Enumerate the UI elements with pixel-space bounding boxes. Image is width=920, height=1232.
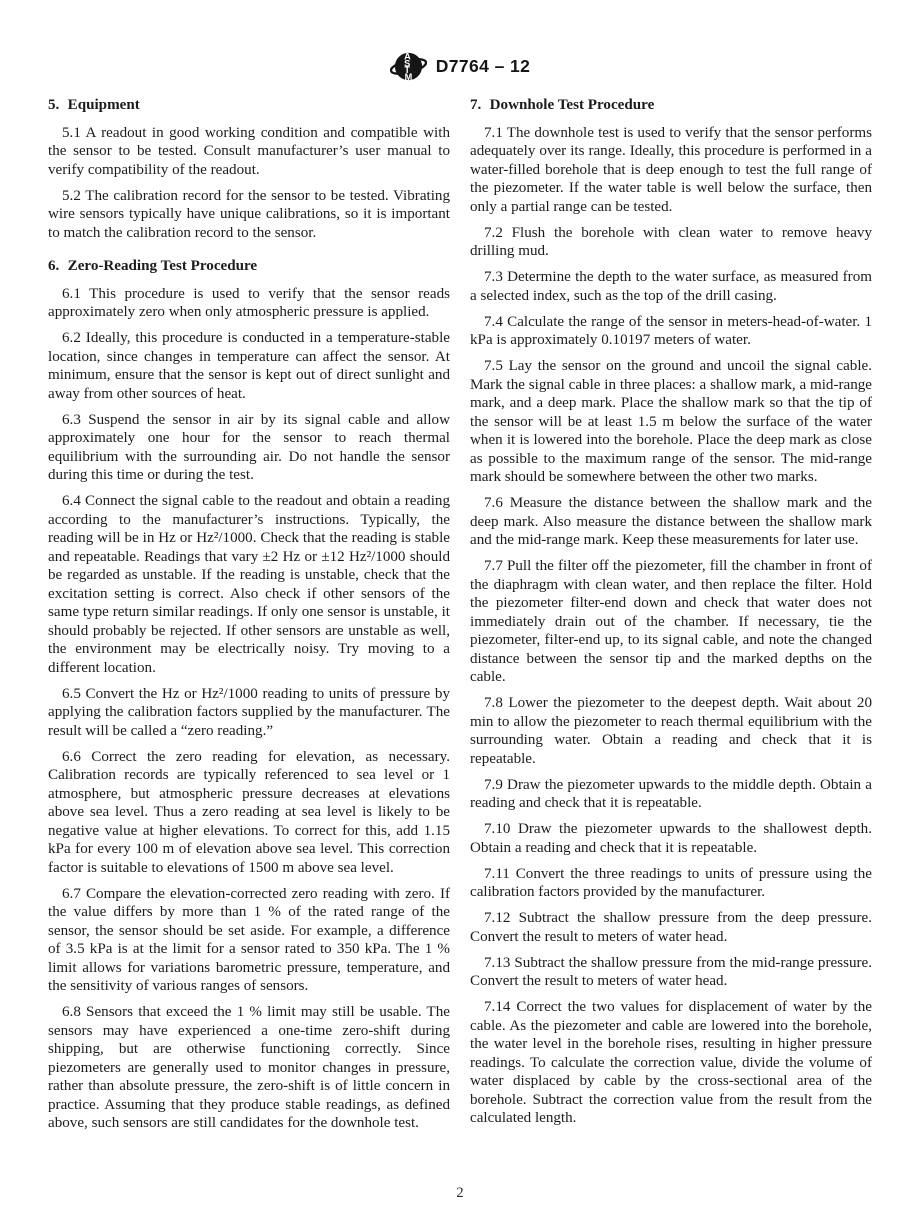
paragraph-6-5: 6.5 Convert the Hz or Hz²/1000 reading t… (48, 685, 450, 741)
paragraph-6-6: 6.6 Correct the zero reading for elevati… (48, 748, 450, 878)
page-footer: 2 (0, 1185, 920, 1202)
paragraph-7-5: 7.5 Lay the sensor on the ground and unc… (470, 357, 872, 487)
section-heading-zero-reading: 6.Zero-Reading Test Procedure (48, 257, 450, 276)
section-title: Zero-Reading Test Procedure (68, 258, 258, 274)
paragraph-7-1: 7.1 The downhole test is used to verify … (470, 124, 872, 217)
document-body: 5.Equipment 5.1 A readout in good workin… (48, 96, 872, 1140)
section-heading-downhole: 7.Downhole Test Procedure (470, 96, 872, 115)
paragraph-7-4: 7.4 Calculate the range of the sensor in… (470, 313, 872, 350)
document-header: A S T M D7764 – 12 (48, 46, 872, 86)
page-number: 2 (456, 1185, 463, 1201)
standard-designation: D7764 – 12 (436, 56, 531, 77)
paragraph-7-14: 7.14 Correct the two values for displace… (470, 998, 872, 1128)
paragraph-7-13: 7.13 Subtract the shallow pressure from … (470, 954, 872, 991)
paragraph-7-6: 7.6 Measure the distance between the sha… (470, 494, 872, 550)
document-page: A S T M D7764 – 12 5.Equipment 5.1 A rea… (0, 0, 920, 1232)
section-number: 6. (48, 258, 59, 274)
paragraph-7-8: 7.8 Lower the piezometer to the deepest … (470, 694, 872, 768)
right-column: 7.Downhole Test Procedure 7.1 The downho… (470, 96, 872, 1140)
left-column: 5.Equipment 5.1 A readout in good workin… (48, 96, 450, 1140)
section-title: Equipment (68, 97, 140, 113)
paragraph-6-4: 6.4 Connect the signal cable to the read… (48, 492, 450, 677)
paragraph-6-7: 6.7 Compare the elevation-corrected zero… (48, 885, 450, 996)
paragraph-6-2: 6.2 Ideally, this procedure is conducted… (48, 329, 450, 403)
paragraph-6-8: 6.8 Sensors that exceed the 1 % limit ma… (48, 1003, 450, 1133)
paragraph-6-1: 6.1 This procedure is used to verify tha… (48, 285, 450, 322)
section-heading-equipment: 5.Equipment (48, 96, 450, 115)
paragraph-5-1: 5.1 A readout in good working condition … (48, 124, 450, 180)
paragraph-6-3: 6.3 Suspend the sensor in air by its sig… (48, 411, 450, 485)
astm-logo-letters: A S T M (404, 51, 413, 81)
paragraph-5-2: 5.2 The calibration record for the senso… (48, 187, 450, 243)
section-number: 5. (48, 97, 59, 113)
paragraph-7-9: 7.9 Draw the piezometer upwards to the m… (470, 776, 872, 813)
paragraph-7-12: 7.12 Subtract the shallow pressure from … (470, 909, 872, 946)
section-number: 7. (470, 97, 481, 113)
paragraph-7-11: 7.11 Convert the three readings to units… (470, 865, 872, 902)
paragraph-7-7: 7.7 Pull the filter off the piezometer, … (470, 557, 872, 687)
astm-logo-icon: A S T M (390, 49, 427, 84)
paragraph-7-3: 7.3 Determine the depth to the water sur… (470, 268, 872, 305)
paragraph-7-10: 7.10 Draw the piezometer upwards to the … (470, 820, 872, 857)
section-title: Downhole Test Procedure (490, 97, 655, 113)
paragraph-7-2: 7.2 Flush the borehole with clean water … (470, 224, 872, 261)
